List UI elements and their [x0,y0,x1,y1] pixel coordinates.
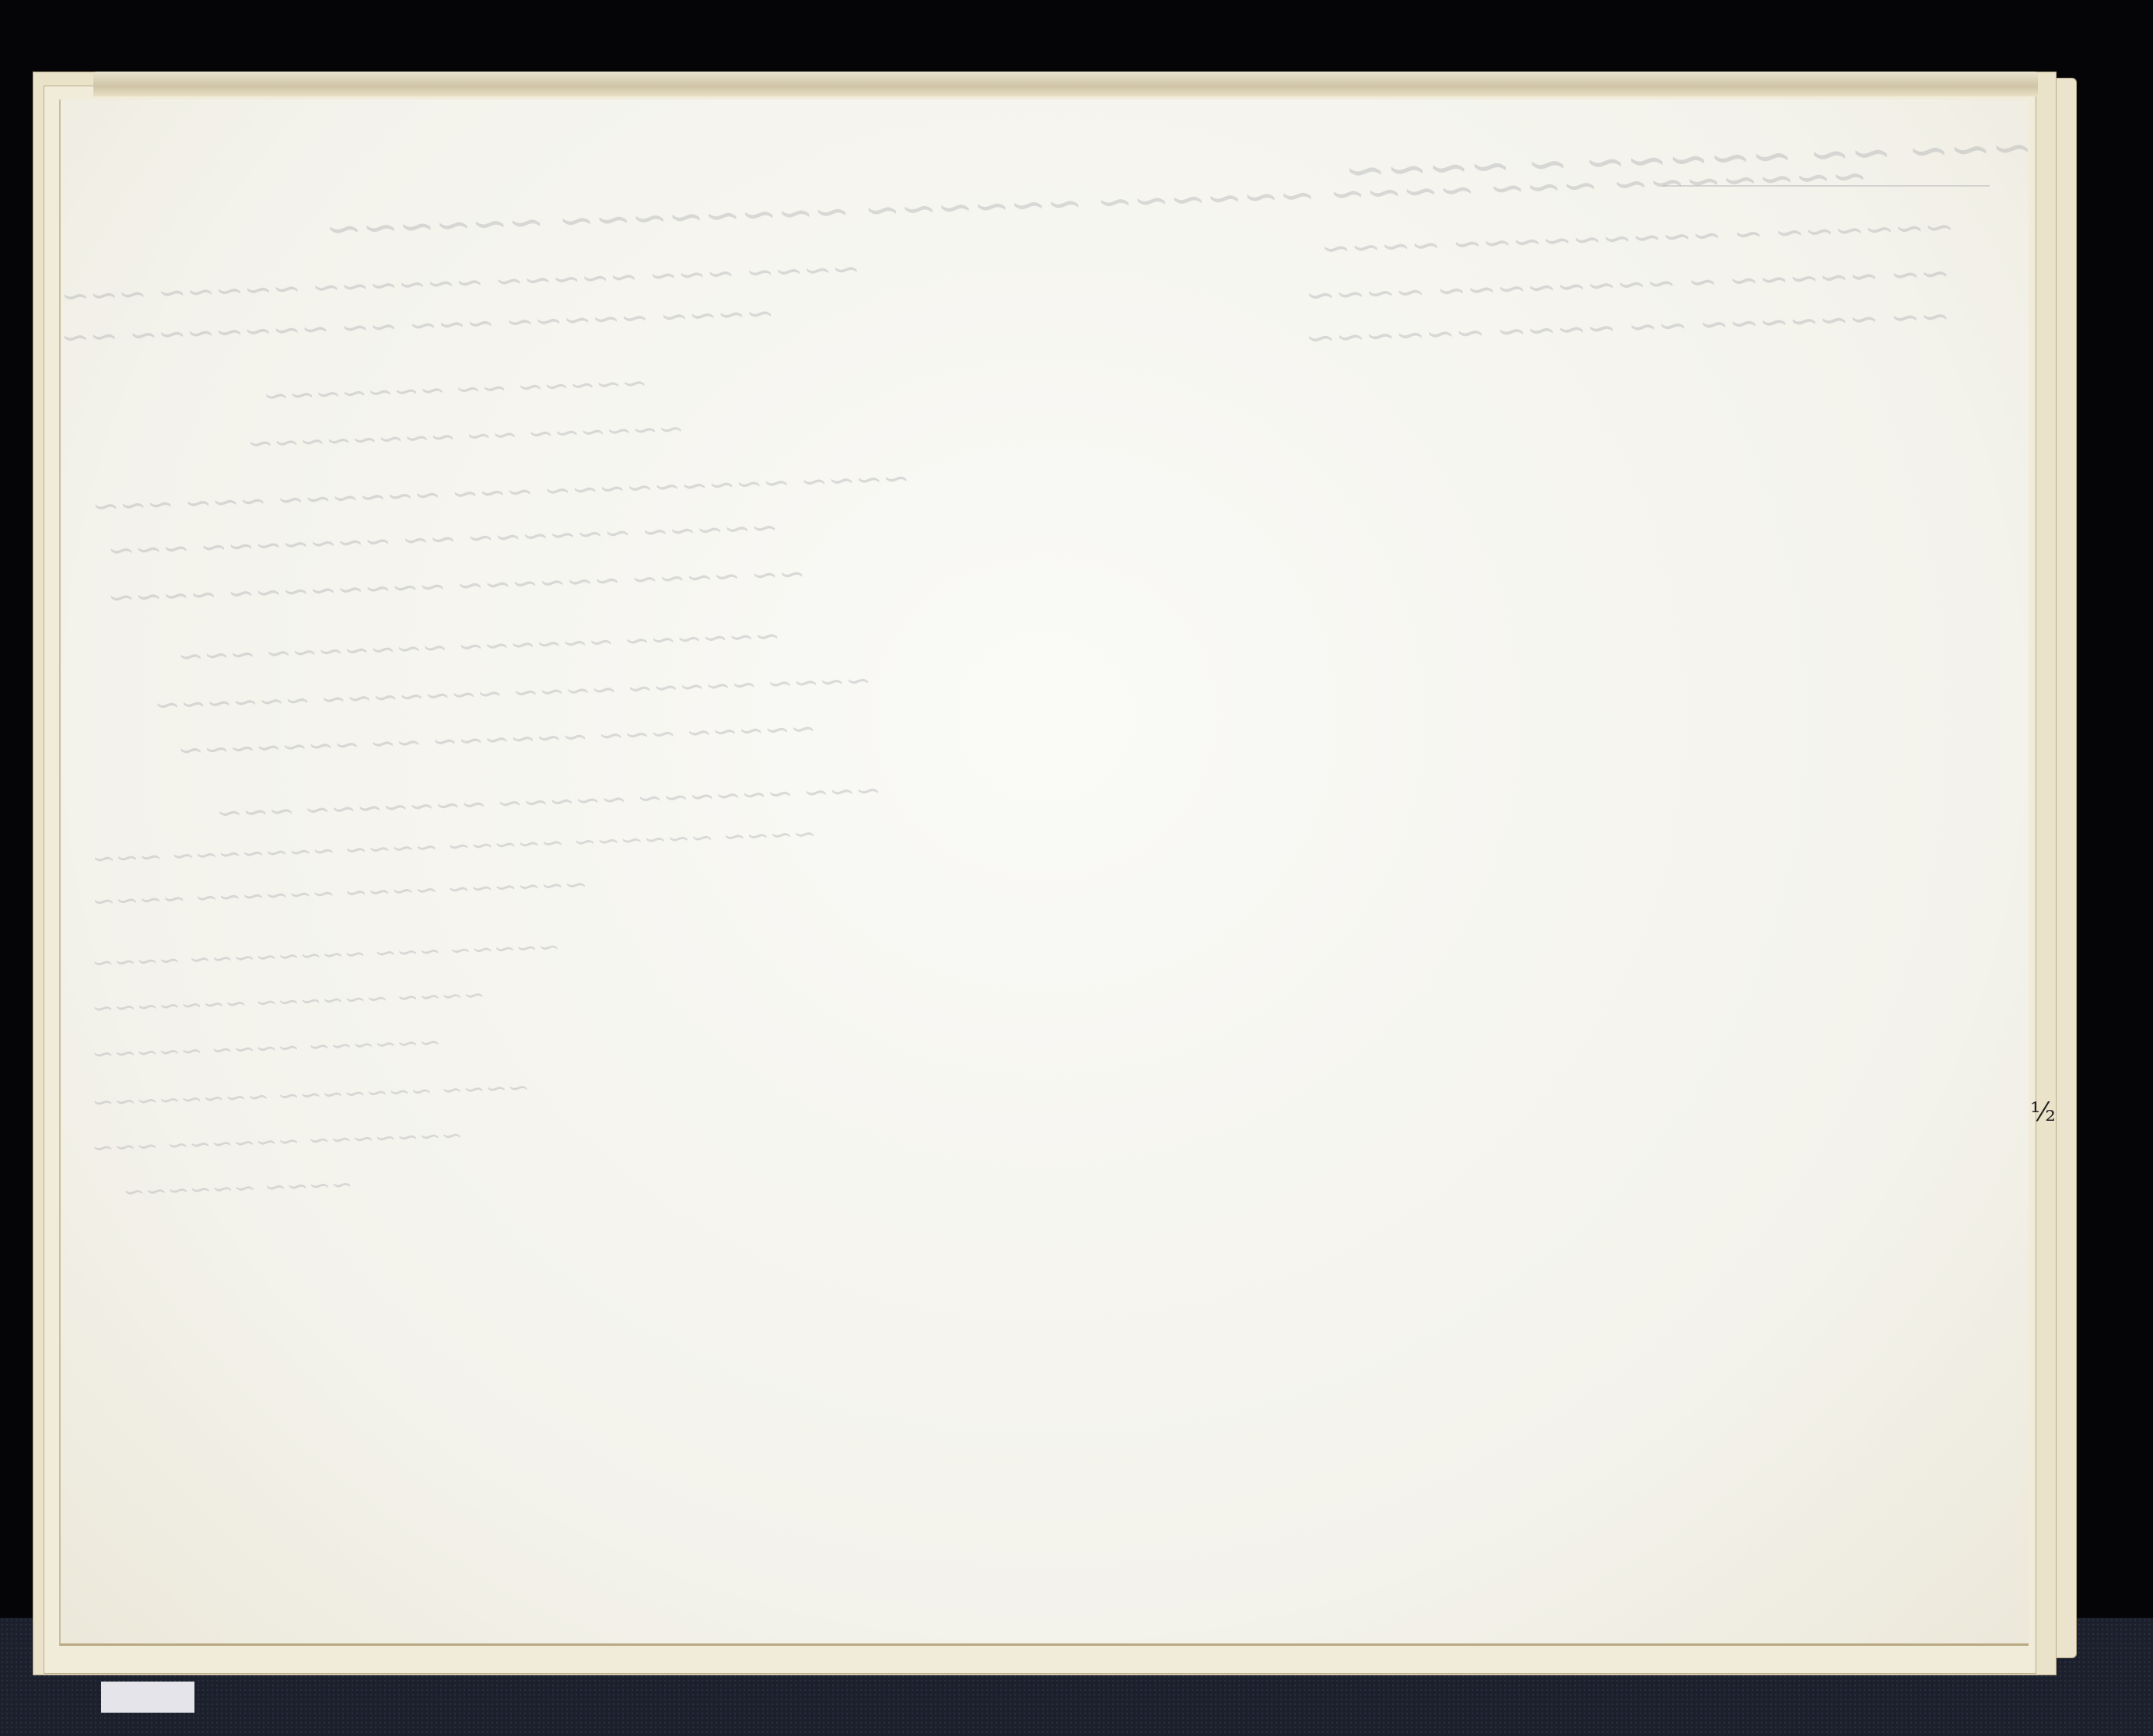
show-through-line: ~~~~~~~ ~~~~~~ ~~~ [91,1120,464,1164]
show-through-line: ~~~~ ~~~~~~ ~~~~~ ~~~~ ~~~~~~~ ~~~ [92,818,817,876]
show-through-line: ~~~~ ~~~~~~ ~~~~~~~ [91,979,485,1024]
show-through-line: ~~~~~ ~~~ ~~~~~~~~ ~~~~ [91,932,560,979]
show-through-line: ~~~~~~ ~~~~~~ ~~~~~~~ ~~~ [177,618,781,674]
manuscript-page: ~~~ ~~ ~~~~~ ~ ~~~~ ~~~~~~ ~ ~~~~~~~~~ ~… [59,100,2029,1646]
show-through-line: ~~~~~ ~~ ~~~~~~~ [262,365,648,414]
show-through-line: ~~~~~~ ~~ ~~~~~~~~ [247,411,684,462]
show-through-line: ~~~~ ~~~~~~~~~ ~~~ ~~~~~~ ~~~ ~~~ [91,459,910,526]
stacked-page-edges [93,72,2038,96]
show-through-line: ~~~~ ~~~~~~ [122,1169,353,1208]
paper-tab [101,1682,194,1713]
show-through-line: ~~~~ ~~~~~~~ ~~~~~~~~ [91,1072,530,1118]
show-through-line: ~~~~~~ ~~~~ ~~~~~~ ~~~~ [91,869,588,918]
margin-mark: ½ [2030,1097,2056,1128]
show-through-line: ~~~~~~ ~~~~ ~~~~~ [91,1027,441,1070]
show-through-line: ~~~~~ ~~~ ~~~~~~ ~~ ~~~~~~~ [177,711,817,769]
